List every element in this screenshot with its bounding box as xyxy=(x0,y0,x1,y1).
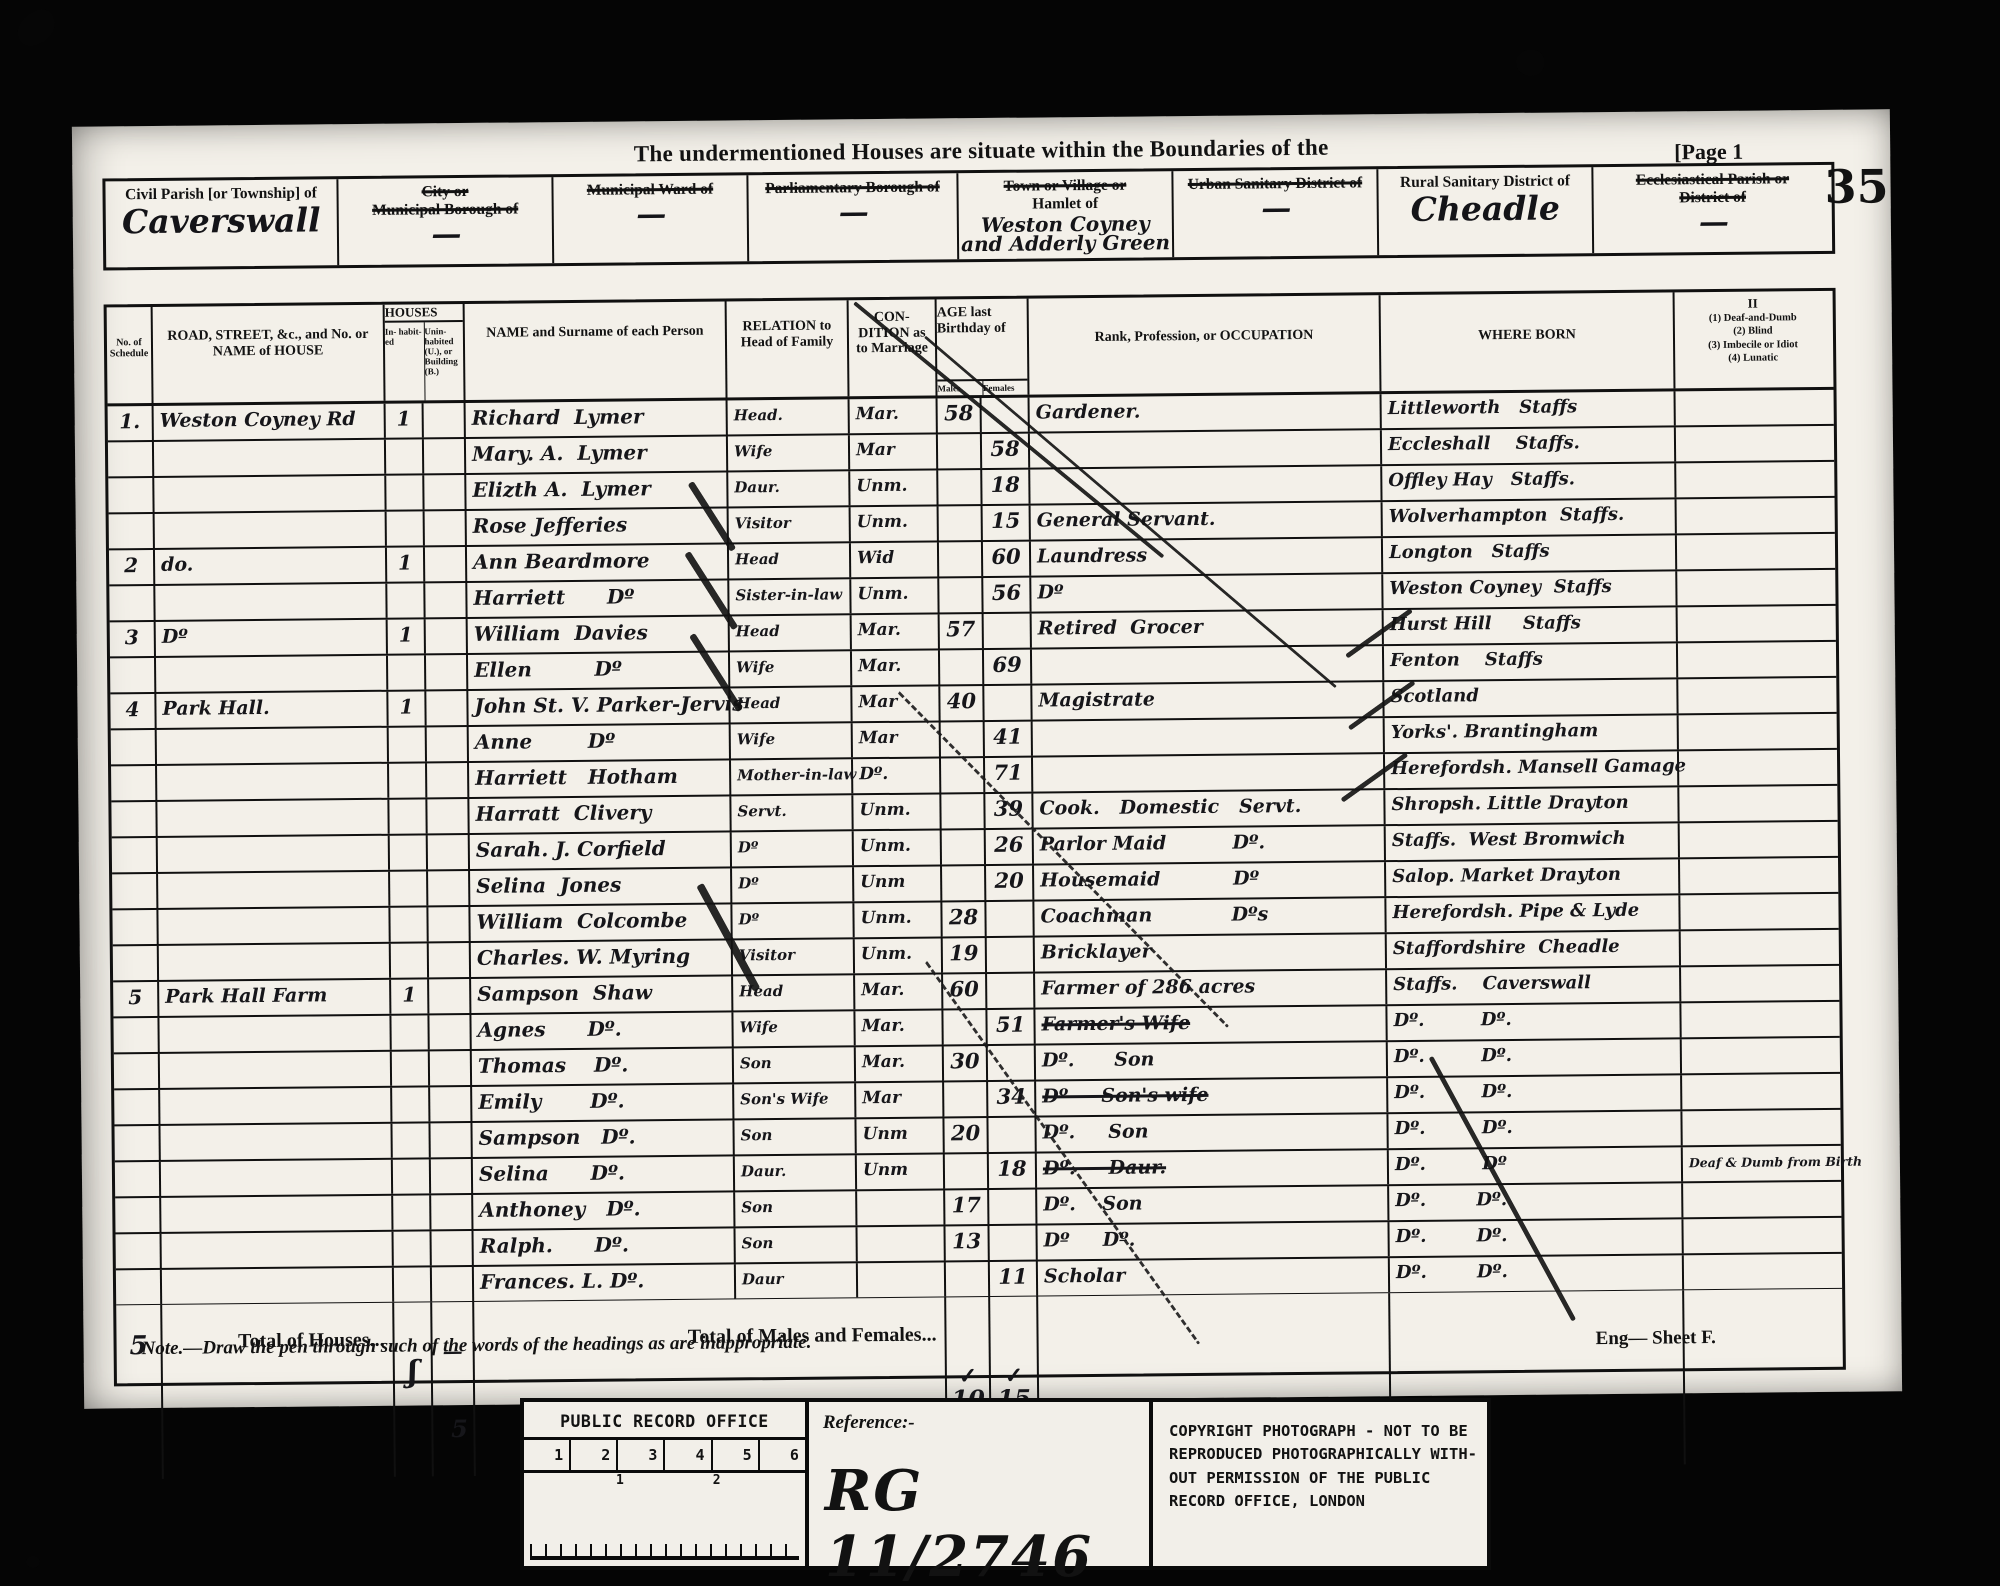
cell-occupation: Dº Son's wife xyxy=(1036,1078,1388,1115)
cell-occupation-text: Farmer's Wife xyxy=(1041,1012,1190,1035)
cell-road: Park Hall Farm xyxy=(159,980,391,1016)
cell-uninhabited xyxy=(429,1015,471,1049)
cell-relation: Son xyxy=(735,1191,857,1226)
cell-infirmity xyxy=(1678,606,1834,641)
cell-road xyxy=(157,764,389,800)
totals-uninhabited: — xyxy=(432,1302,476,1476)
cell-schedule xyxy=(108,442,154,476)
cell-name: Sampson Shaw xyxy=(471,976,733,1013)
cell-occupation: Scholar xyxy=(1038,1258,1390,1295)
cell-relation: Head xyxy=(730,615,852,650)
field-value: — xyxy=(1174,194,1377,224)
cell-inhabited xyxy=(387,583,425,617)
cell-condition: Wid xyxy=(851,542,939,577)
cell-inhabited: 1 xyxy=(387,547,425,581)
scan-spot-top-right xyxy=(1516,50,1544,76)
header-field: Urban Sanitary District of — xyxy=(1173,169,1379,257)
cell-inhabited xyxy=(390,907,428,941)
cell-occupation: Magistrate xyxy=(1032,682,1384,719)
cell-uninhabited xyxy=(427,727,469,761)
cell-condition: Mar. xyxy=(852,650,940,685)
cell-inhabited xyxy=(386,475,424,509)
cell-occupation xyxy=(1033,754,1385,791)
cell-uninhabited xyxy=(427,799,469,833)
cell-occupation: Dº Dº. xyxy=(1037,1222,1389,1259)
cell-occupation-text: Magistrate xyxy=(1038,688,1155,711)
cell-condition: Unm. xyxy=(854,902,942,937)
cell-schedule xyxy=(109,514,155,548)
field-label-line1: City or xyxy=(338,182,551,202)
cell-schedule xyxy=(111,766,157,800)
cell-road xyxy=(159,1016,391,1052)
cell-inhabited: 1 xyxy=(388,691,426,725)
cell-inhabited xyxy=(390,871,428,905)
cell-where-born: Herefordsh. Pipe & Lyde xyxy=(1386,895,1680,932)
header-field: City or Municipal Borough of — xyxy=(338,177,554,265)
cell-uninhabited xyxy=(424,475,466,509)
cell-infirmity xyxy=(1682,1110,1838,1145)
cell-infirmity xyxy=(1677,498,1833,533)
col-schedule: No. of Schedule xyxy=(107,307,154,403)
cell-age-male: 28 xyxy=(942,902,986,936)
cell-uninhabited xyxy=(430,1051,472,1085)
cell-schedule xyxy=(115,1198,161,1232)
cell-inhabited xyxy=(392,1051,430,1085)
cell-relation: Son xyxy=(735,1227,857,1262)
field-value: — xyxy=(1594,207,1832,238)
cell-age-male xyxy=(946,1262,990,1296)
cell-name: Harratt Clivery xyxy=(469,796,731,833)
cell-relation: Head xyxy=(730,687,852,722)
cell-age-female: 11 xyxy=(990,1262,1038,1296)
cell-relation: Head. xyxy=(728,399,850,434)
cell-inhabited xyxy=(393,1195,431,1229)
cell-road xyxy=(158,908,390,944)
cell-schedule xyxy=(108,478,154,512)
cell-inhabited xyxy=(390,835,428,869)
cell-uninhabited xyxy=(429,943,471,977)
cell-condition: Unm. xyxy=(851,506,939,541)
cell-age-male xyxy=(942,866,986,900)
cell-relation: Son xyxy=(734,1047,856,1082)
col-road: ROAD, STREET, &c., and No. or NAME of HO… xyxy=(153,305,386,403)
stamp-copyright-section: COPYRIGHT PHOTOGRAPH - NOT TO BE REPRODU… xyxy=(1153,1402,1487,1566)
page-number-label: [Page 1 xyxy=(1674,139,1743,166)
cell-age-female xyxy=(988,1118,1036,1152)
cell-condition: Unm. xyxy=(851,578,939,613)
cell-infirmity xyxy=(1682,1038,1838,1073)
cell-occupation: Dº. Daur. xyxy=(1037,1150,1389,1187)
cell-condition: Mar. xyxy=(855,974,943,1009)
cell-occupation: Retired Grocer xyxy=(1032,610,1384,647)
field-value: Weston Coyney and Adderly Green xyxy=(959,214,1172,254)
cell-infirmity xyxy=(1679,714,1835,749)
cell-inhabited xyxy=(393,1159,431,1193)
eng-sheet-label: Eng— Sheet F. xyxy=(1595,1327,1715,1350)
cell-age-male xyxy=(938,434,982,468)
cell-inhabited xyxy=(388,655,426,689)
reference-number: RG 11/2746 xyxy=(825,1458,1149,1586)
copyright-line: RECORD OFFICE, LONDON xyxy=(1169,1490,1477,1513)
cell-occupation-text: Coachman Dºs xyxy=(1040,903,1268,927)
cell-age-male xyxy=(938,470,982,504)
cell-where-born: Fenton Staffs xyxy=(1384,643,1678,680)
ruler-cm-scale: 1 2 3 4 5 6 xyxy=(524,1437,805,1473)
cell-schedule: 2 xyxy=(109,550,155,584)
cell-schedule xyxy=(112,874,158,908)
col-infirmity-title: II xyxy=(1677,295,1829,313)
col-houses: HOUSES In- habit- ed Unin- habited (U.),… xyxy=(385,304,466,401)
cell-name: Ralph. Dº. xyxy=(474,1228,736,1265)
cell-age-male: 17 xyxy=(945,1190,989,1224)
cell-relation: Head xyxy=(729,543,851,578)
col-relation: RELATION to Head of Family xyxy=(727,300,850,397)
cell-age-female: 56 xyxy=(983,578,1031,612)
col-houses-label: HOUSES xyxy=(385,304,463,323)
cell-where-born: Staffs. Caverswall xyxy=(1387,967,1681,1004)
cell-condition: Mar xyxy=(853,722,941,757)
cell-age-female: 34 xyxy=(988,1082,1036,1116)
cell-where-born: Longton Staffs xyxy=(1383,535,1677,572)
cell-uninhabited xyxy=(425,547,467,581)
cell-schedule: 3 xyxy=(110,622,156,656)
cell-age-female: 51 xyxy=(987,1010,1035,1044)
cell-age-female: 69 xyxy=(984,650,1032,684)
cell-relation: Mother-in-law xyxy=(731,759,853,794)
cell-age-male xyxy=(941,794,985,828)
cell-infirmity xyxy=(1680,822,1836,857)
cell-occupation: Bricklayer xyxy=(1035,934,1387,971)
cell-inhabited: 1 xyxy=(386,403,424,437)
header-field: Parliamentary Borough of — xyxy=(748,173,959,261)
cell-occupation-text: Dº xyxy=(1037,581,1063,603)
field-value: — xyxy=(339,220,552,251)
cell-road xyxy=(157,728,389,764)
cell-where-born: Dº. Dº. xyxy=(1387,1003,1681,1040)
cell-age-female xyxy=(987,938,1035,972)
cell-age-female: 60 xyxy=(983,542,1031,576)
cell-uninhabited xyxy=(426,619,468,653)
public-record-office-stamp: PUBLIC RECORD OFFICE 1 2 3 4 5 6 1 2 Ref… xyxy=(520,1398,1491,1570)
ruler-inch-number: 1 xyxy=(616,1473,624,1488)
cell-uninhabited xyxy=(429,979,471,1013)
cell-occupation: Coachman Dºs xyxy=(1034,898,1386,935)
cell-name: Mary. A. Lymer xyxy=(466,436,728,473)
cell-where-born: Staffs. West Bromwich xyxy=(1386,823,1680,860)
cell-uninhabited xyxy=(432,1231,474,1265)
cell-relation: Son's Wife xyxy=(734,1083,856,1118)
cell-name: Richard Lymer xyxy=(466,400,728,437)
cell-name: Anthoney Dº. xyxy=(473,1192,735,1229)
cell-road xyxy=(162,1268,394,1304)
cell-condition xyxy=(857,1190,945,1225)
cell-where-born: Scotland xyxy=(1384,679,1678,716)
cell-occupation xyxy=(1030,430,1382,467)
copyright-line: REPRODUCED PHOTOGRAPHICALLY WITH- xyxy=(1169,1443,1477,1466)
cell-uninhabited xyxy=(427,763,469,797)
cell-name: Rose Jefferies xyxy=(467,508,729,545)
cell-schedule: 1. xyxy=(108,406,154,440)
cell-age-male: 30 xyxy=(944,1046,988,1080)
cell-infirmity xyxy=(1677,570,1833,605)
cell-relation: Wife xyxy=(731,723,853,758)
cell-inhabited xyxy=(392,1123,430,1157)
cell-schedule: 5 xyxy=(113,982,159,1016)
cell-infirmity xyxy=(1681,966,1837,1001)
cell-inhabited xyxy=(389,763,427,797)
cell-age-female: 20 xyxy=(986,866,1034,900)
field-label-line1: Ecclesiastical Parish or xyxy=(1593,170,1831,190)
col-age-label: AGE last Birthday of xyxy=(937,299,1028,380)
cell-road xyxy=(159,944,391,980)
cell-age-female xyxy=(989,1190,1037,1224)
ruler-number: 4 xyxy=(665,1440,712,1470)
cell-road xyxy=(161,1160,393,1196)
cell-condition: Unm. xyxy=(850,470,938,505)
cell-inhabited xyxy=(386,439,424,473)
cell-schedule xyxy=(113,946,159,980)
cell-infirmity xyxy=(1680,894,1836,929)
cell-where-born: Littleworth Staffs xyxy=(1382,391,1676,428)
cell-occupation xyxy=(1033,718,1385,755)
cell-condition: Mar. xyxy=(850,398,938,433)
cell-infirmity xyxy=(1684,1254,1840,1289)
cell-infirmity xyxy=(1676,390,1832,425)
cell-where-born: Dº. Dº xyxy=(1389,1147,1683,1184)
cell-age-male xyxy=(942,830,986,864)
cell-where-born: Staffordshire Cheadle xyxy=(1387,931,1681,968)
cell-road: Park Hall. xyxy=(156,692,388,728)
cell-condition xyxy=(858,1262,946,1297)
cell-schedule xyxy=(110,658,156,692)
cell-occupation-text: Farmer of 286 acres xyxy=(1041,975,1255,999)
cell-road xyxy=(157,800,389,836)
cell-inhabited: 1 xyxy=(391,979,429,1013)
cell-occupation: Laundress xyxy=(1031,538,1383,575)
cell-relation: Daur. xyxy=(728,471,850,506)
cell-uninhabited xyxy=(425,583,467,617)
cell-schedule xyxy=(112,838,158,872)
cell-name: Harriett Hotham xyxy=(469,760,731,797)
cell-name: Sarah. J. Corfield xyxy=(470,832,732,869)
cell-road xyxy=(160,1088,392,1124)
brace-mark: ʃ xyxy=(395,1360,431,1384)
cell-road xyxy=(154,440,386,476)
cell-inhabited xyxy=(394,1267,432,1301)
cell-where-born: Weston Coyney Staffs xyxy=(1383,571,1677,608)
cell-occupation-text: Dº. Daur. xyxy=(1043,1156,1166,1179)
scan-spot-bottom-left xyxy=(26,1556,40,1568)
cell-age-male xyxy=(939,542,983,576)
cell-schedule xyxy=(114,1126,160,1160)
cell-relation: Wife xyxy=(728,435,850,470)
cell-road xyxy=(155,584,387,620)
cell-age-female: 26 xyxy=(986,830,1034,864)
cell-relation: Visitor xyxy=(729,507,851,542)
ruler-number: 1 xyxy=(524,1440,571,1470)
cell-condition: Unm xyxy=(857,1154,945,1189)
cell-road xyxy=(158,836,390,872)
cell-relation: Servt. xyxy=(731,795,853,830)
cell-name: Frances. L. Dº. xyxy=(474,1264,736,1301)
cell-age-female xyxy=(984,686,1032,720)
cell-age-male xyxy=(940,650,984,684)
totals-schedule: 5 xyxy=(116,1305,164,1479)
cell-uninhabited xyxy=(425,511,467,545)
field-value: — xyxy=(749,198,957,228)
copyright-line: COPYRIGHT PHOTOGRAPH - NOT TO BE xyxy=(1169,1420,1477,1443)
cell-road xyxy=(160,1052,392,1088)
col-occupation: Rank, Profession, or OCCUPATION xyxy=(1029,295,1382,394)
table-body: 1. Weston Coyney Rd 1 Richard Lymer Head… xyxy=(108,390,1843,1305)
cell-relation: Dº xyxy=(732,831,854,866)
cell-uninhabited xyxy=(432,1267,474,1301)
cell-age-female: 15 xyxy=(983,506,1031,540)
cell-uninhabited xyxy=(431,1159,473,1193)
cell-uninhabited xyxy=(424,439,466,473)
cell-where-born: Eccleshall Staffs. xyxy=(1382,427,1676,464)
cell-age-female xyxy=(989,1226,1037,1260)
cell-condition: Mar xyxy=(856,1082,944,1117)
cell-uninhabited xyxy=(431,1195,473,1229)
copyright-line: OUT PERMISSION OF THE PUBLIC xyxy=(1169,1467,1477,1490)
cell-road xyxy=(161,1196,393,1232)
cell-inhabited: 1 xyxy=(388,619,426,653)
cell-schedule xyxy=(116,1270,162,1304)
cell-age-female: 18 xyxy=(989,1154,1037,1188)
cell-condition: Mar. xyxy=(856,1046,944,1081)
cell-infirmity xyxy=(1683,1218,1839,1253)
cell-relation: Wife xyxy=(733,1011,855,1046)
cell-condition: Unm xyxy=(856,1118,944,1153)
cell-occupation: Parlor Maid Dº. xyxy=(1034,826,1386,863)
header-field: Municipal Ward of — xyxy=(553,175,749,263)
cell-occupation-text: Retired Grocer xyxy=(1038,616,1203,640)
cell-age-male xyxy=(939,578,983,612)
stamp-ruler-section: PUBLIC RECORD OFFICE 1 2 3 4 5 6 1 2 xyxy=(524,1402,809,1566)
cell-infirmity xyxy=(1678,642,1834,677)
cell-condition xyxy=(857,1226,945,1261)
cell-name: Agnes Dº. xyxy=(471,1012,733,1049)
cell-relation: Daur xyxy=(736,1263,858,1298)
cell-name: Sampson Dº. xyxy=(472,1120,734,1157)
cell-occupation-text: Scholar xyxy=(1044,1265,1126,1288)
cell-age-female xyxy=(987,974,1035,1008)
cell-uninhabited xyxy=(428,907,470,941)
stamp-office-title: PUBLIC RECORD OFFICE xyxy=(524,1402,805,1437)
cell-road xyxy=(155,512,387,548)
cell-schedule xyxy=(114,1090,160,1124)
cell-road xyxy=(158,872,390,908)
cell-age-male: 60 xyxy=(943,974,987,1008)
cell-where-born: Wolverhampton Staffs. xyxy=(1383,499,1677,536)
cell-inhabited xyxy=(389,727,427,761)
cell-road xyxy=(160,1124,392,1160)
col-infirmity-line4: (4) Lunatic xyxy=(1677,351,1829,366)
cell-name: Ellen Dº xyxy=(468,652,730,689)
cell-name: Elizth A. Lymer xyxy=(466,472,728,509)
cell-infirmity xyxy=(1676,426,1832,461)
header-field: Ecclesiastical Parish or District of — xyxy=(1593,165,1832,253)
field-value: Cheadle xyxy=(1379,192,1592,225)
cell-occupation-text: Laundress xyxy=(1037,544,1147,567)
col-condition: CON- DITION as to Marriage xyxy=(849,299,938,396)
cell-schedule xyxy=(112,910,158,944)
header-field: Civil Parish [or Township] of Caverswall xyxy=(105,179,339,267)
cell-occupation-text: Bricklayer xyxy=(1041,940,1152,963)
cell-schedule xyxy=(113,1018,159,1052)
reference-label: Reference:- xyxy=(809,1402,1149,1434)
cell-where-born: Shropsh. Little Drayton xyxy=(1385,787,1679,824)
cell-occupation-text: Dº. Son xyxy=(1042,1048,1155,1071)
col-infirmity: II (1) Deaf-and-Dumb (2) Blind (3) Imbec… xyxy=(1675,291,1832,388)
cell-where-born: Dº. Dº. xyxy=(1388,1111,1682,1148)
cell-age-male xyxy=(945,1154,989,1188)
scanned-census-page: { "page": { "title": "The undermentioned… xyxy=(0,0,2000,1586)
ruler-number: 5 xyxy=(713,1440,760,1470)
cell-uninhabited xyxy=(424,403,466,437)
cell-road xyxy=(156,656,388,692)
cell-age-male: 13 xyxy=(945,1226,989,1260)
cell-uninhabited xyxy=(430,1087,472,1121)
cell-name: Charles. W. Myring xyxy=(471,940,733,977)
cell-where-born: Hurst Hill Staffs xyxy=(1384,607,1678,644)
col-inhabited: In- habit- ed xyxy=(385,322,425,400)
cell-age-male: 40 xyxy=(940,686,984,720)
cell-where-born: Dº. Dº. xyxy=(1390,1255,1684,1292)
header-field: Town or Village or Hamlet of Weston Coyn… xyxy=(958,171,1174,259)
cell-occupation-text: Dº Son's wife xyxy=(1042,1084,1208,1108)
cell-age-male: 20 xyxy=(944,1118,988,1152)
ruler-number: 6 xyxy=(760,1440,805,1470)
cell-uninhabited xyxy=(426,691,468,725)
cell-relation: Son xyxy=(734,1119,856,1154)
cell-occupation: Dº. Son xyxy=(1036,1042,1388,1079)
field-label-line1: Town or Village or xyxy=(958,176,1171,196)
col-name: NAME and Surname of each Person xyxy=(465,301,728,400)
cell-where-born: Salop. Market Drayton xyxy=(1386,859,1680,896)
cell-infirmity: Deaf & Dumb from Birth xyxy=(1683,1146,1839,1181)
ruler-number: 2 xyxy=(571,1440,618,1470)
cell-inhabited xyxy=(389,799,427,833)
cell-occupation-text: Parlor Maid Dº. xyxy=(1040,831,1265,855)
cell-infirmity xyxy=(1677,534,1833,569)
cell-name: Emily Dº. xyxy=(472,1084,734,1121)
cell-condition: Unm xyxy=(854,866,942,901)
cell-road: Weston Coyney Rd xyxy=(154,404,386,440)
cell-schedule xyxy=(114,1054,160,1088)
cell-occupation-text: Cook. Domestic Servt. xyxy=(1039,795,1301,820)
totals-empty-infirmity xyxy=(1684,1289,1842,1464)
cell-infirmity xyxy=(1680,858,1836,893)
cell-infirmity xyxy=(1683,1182,1839,1217)
col-where-born: WHERE BORN xyxy=(1381,292,1676,391)
cell-age-male: 19 xyxy=(943,938,987,972)
cell-name: John St. V. Parker-Jervis xyxy=(468,688,730,725)
cell-infirmity xyxy=(1679,786,1835,821)
cell-infirmity xyxy=(1682,1074,1838,1109)
cell-infirmity xyxy=(1681,1002,1837,1037)
cell-uninhabited xyxy=(428,871,470,905)
cell-infirmity xyxy=(1679,750,1835,785)
cell-occupation: Dº. Son xyxy=(1036,1114,1388,1151)
cell-where-born: Offley Hay Staffs. xyxy=(1382,463,1676,500)
column-headers: No. of Schedule ROAD, STREET, &c., and N… xyxy=(107,291,1834,407)
cell-age-male xyxy=(944,1082,988,1116)
cell-age-male xyxy=(939,506,983,540)
cell-infirmity xyxy=(1676,462,1832,497)
cell-name: Thomas Dº. xyxy=(472,1048,734,1085)
